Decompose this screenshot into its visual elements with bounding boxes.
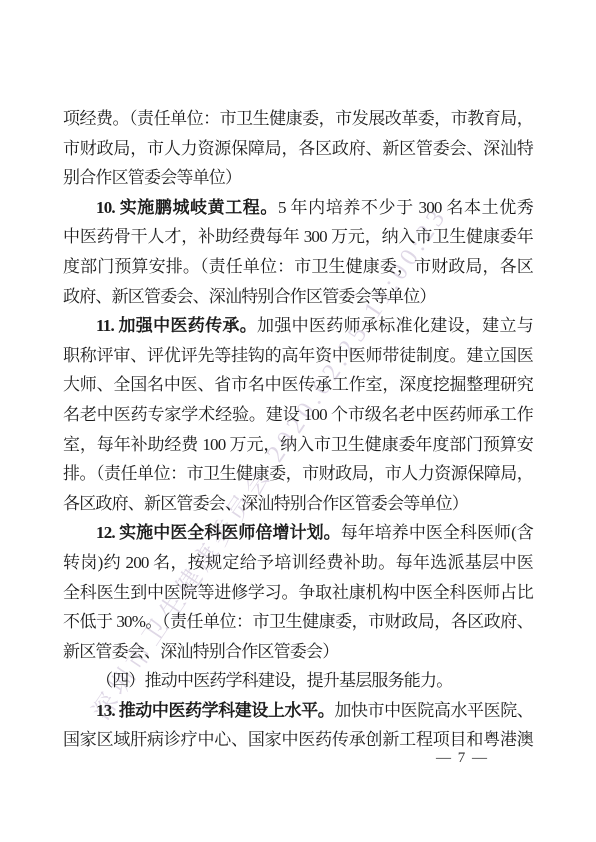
heading-run: 12. 实施中医全科医师倍增计划。 <box>96 523 341 542</box>
text-line: 各区政府、新区管委会、深汕特别合作区管委会等单位） <box>63 489 533 519</box>
heading-run: 11. 加强中医药传承。 <box>96 316 257 335</box>
text-line: 名老中医药专家学术经验。建设 100 个市级名老中医药师承工作 <box>63 400 533 430</box>
text-run: 每年培养中医全科医师(含 <box>341 523 533 542</box>
text-run: 室，每年补助经费 100 万元，纳入市卫生健康委年度部门预算安 <box>63 435 533 454</box>
text-run: 转岗)约 200 名，按规定给予培训经费补助。每年选派基层中医 <box>63 553 533 572</box>
content-area: 项经费。（责任单位：市卫生健康委，市发展改革委，市教育局，市财政局，市人力资源保… <box>63 104 533 755</box>
text-run: （责任单位：市卫生健康委，市发展改革委，市教育局， <box>129 109 533 128</box>
text-run: 加快市中医院高水平医院、 <box>334 701 533 720</box>
text-run: 不低于 30%。 <box>63 612 162 631</box>
text-line: 中医药骨干人才，补助经费每年 300 万元，纳入市卫生健康委年 <box>63 222 533 252</box>
text-line: 室，每年补助经费 100 万元，纳入市卫生健康委年度部门预算安 <box>63 430 533 460</box>
text-run: 国家区域肝病诊疗中心、国家中医药传承创新工程项目和粤港澳 <box>63 730 533 749</box>
text-line: 12. 实施中医全科医师倍增计划。每年培养中医全科医师(含 <box>63 518 533 548</box>
text-line: 11. 加强中医药传承。加强中医药师承标准化建设，建立与 <box>63 311 533 341</box>
text-line: 大师、全国名中医、省市名中医传承工作室，深度挖掘整理研究 <box>63 370 533 400</box>
document-page: 深圳市卫生健康委员会 2020.02.25 11:00:23 项经费。（责任单位… <box>0 0 596 842</box>
text-run: 别合作区管委会等单位） <box>63 168 241 187</box>
text-run: 职称评审、评优评先等挂钩的高年资中医师带徒制度。建立国医 <box>63 346 533 365</box>
text-run: 项经费。 <box>63 109 129 128</box>
text-line: 转岗)约 200 名，按规定给予培训经费补助。每年选派基层中医 <box>63 548 533 578</box>
text-run: 排。 <box>63 464 96 483</box>
text-run: 中医药骨干人才，补助经费每年 300 万元，纳入市卫生健康委年 <box>63 227 533 246</box>
text-run: 大师、全国名中医、省市名中医传承工作室，深度挖掘整理研究 <box>63 375 533 394</box>
text-line: 职称评审、评优评先等挂钩的高年资中医师带徒制度。建立国医 <box>63 341 533 371</box>
text-line: 全科医生到中医院等进修学习。争取社康机构中医全科医师占比 <box>63 578 533 608</box>
text-run: 市财政局，市人力资源保障局，各区政府、新区管委会、深汕特 <box>63 139 533 158</box>
heading-run: 13. 推动中医药学科建设上水平。 <box>96 701 334 720</box>
text-line: 10. 实施鹏城岐黄工程。5 年内培养不少于 300 名本土优秀 <box>63 193 533 223</box>
text-run: 新区管委会、深汕特别合作区管委会） <box>63 642 338 661</box>
text-line: 排。（责任单位：市卫生健康委，市财政局，市人力资源保障局， <box>63 459 533 489</box>
text-run: 政府、新区管委会、深汕特别合作区管委会等单位） <box>63 287 436 306</box>
text-line: 13. 推动中医药学科建设上水平。加快市中医院高水平医院、 <box>63 696 533 726</box>
text-line: 不低于 30%。（责任单位：市卫生健康委，市财政局，各区政府、 <box>63 607 533 637</box>
text-line: 项经费。（责任单位：市卫生健康委，市发展改革委，市教育局， <box>63 104 533 134</box>
text-run: 名老中医药专家学术经验。建设 100 个市级名老中医药师承工作 <box>63 405 533 424</box>
text-line: 政府、新区管委会、深汕特别合作区管委会等单位） <box>63 282 533 312</box>
text-line: （四）推动中医药学科建设，提升基层服务能力。 <box>63 666 533 696</box>
text-run: 全科医生到中医院等进修学习。争取社康机构中医全科医师占比 <box>63 583 533 602</box>
text-run: （责任单位：市卫生健康委，市财政局，市人力资源保障局， <box>96 464 533 483</box>
text-line: 度部门预算安排。（责任单位：市卫生健康委，市财政局，各区 <box>63 252 533 282</box>
text-run: 各区政府、新区管委会、深汕特别合作区管委会等单位） <box>63 494 468 513</box>
text-line: 新区管委会、深汕特别合作区管委会） <box>63 637 533 667</box>
text-run: 度部门预算安排。 <box>63 257 200 276</box>
text-line: 市财政局，市人力资源保障局，各区政府、新区管委会、深汕特 <box>63 134 533 164</box>
page-number: — 7 — <box>436 750 489 767</box>
text-run: （责任单位：市卫生健康委，市财政局，各区政府、 <box>162 612 533 631</box>
text-run: 加强中医药师承标准化建设，建立与 <box>257 316 533 335</box>
text-run: 5 年内培养不少于 300 名本土优秀 <box>278 198 533 217</box>
text-run: （四）推动中医药学科建设，提升基层服务能力。 <box>96 671 452 690</box>
text-run: （责任单位：市卫生健康委，市财政局，各区 <box>200 257 533 276</box>
heading-run: 10. 实施鹏城岐黄工程。 <box>96 198 278 217</box>
text-line: 别合作区管委会等单位） <box>63 163 533 193</box>
